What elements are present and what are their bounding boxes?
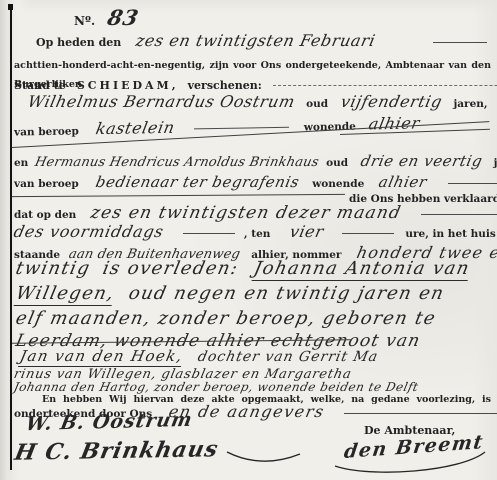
signature1-row: W. B. Oostrum	[26, 409, 193, 435]
death-time-row: des voormiddags , ten vier ure, in het h…	[14, 222, 496, 241]
dat-op-den-label: dat op den	[14, 209, 76, 221]
deceased-age-row: Willegen, oud negen en twintig jaren en	[16, 283, 445, 306]
fill-line	[448, 181, 497, 184]
declarant2-profession: bedienaar ter begrafenis	[94, 173, 301, 191]
fill-line	[421, 212, 497, 215]
en-label: en	[14, 157, 28, 169]
oud-label: oud	[306, 98, 328, 110]
declarant2-age: drie en veertig	[359, 152, 484, 170]
city-name: SCHIEDAM,	[77, 79, 179, 92]
signature2-row: H C. Brinkhaus	[15, 436, 219, 466]
signature-flourish	[225, 448, 305, 468]
deceased-age: oud negen en twintig jaren en	[127, 283, 447, 304]
declarant1-profession: kastelein	[94, 118, 176, 138]
fill-line	[194, 125, 289, 130]
death-date: zes en twintigsten dezer maand	[89, 203, 403, 223]
fill-line	[183, 231, 235, 234]
declarant1-signature: W. B. Oostrum	[24, 409, 195, 435]
declarant2-name-row: en Hermanus Hendricus Arnoldus Brinkhaus…	[14, 151, 497, 170]
number-label: Nº.	[74, 14, 95, 28]
declarant2-signature: H C. Brinkhaus	[12, 436, 220, 466]
fill-line	[273, 83, 497, 86]
house-number-b: twintig	[14, 258, 93, 279]
is-overleden-label: is overleden:	[101, 258, 241, 279]
op-heden-label: Op heden den	[36, 36, 121, 49]
death-certificate-scan: Nº. 83 Op heden den zes en twintigsten F…	[0, 0, 497, 480]
certificate-number-row: Nº. 83	[74, 5, 139, 30]
rule-line	[12, 194, 345, 197]
deceased-age-row2: elf maanden, zonder beroep, geboren te	[16, 308, 436, 329]
certificate-number: 83	[106, 5, 142, 30]
death-hour: vier	[287, 222, 325, 241]
declarant2-name: Hermanus Hendricus Arnoldus Brinkhaus	[34, 155, 321, 170]
fill-line	[342, 231, 394, 234]
deceased-name-part2: Willegen,	[14, 283, 117, 306]
declarant1-name: Wilhelmus Bernardus Oostrum	[26, 92, 297, 111]
declarant1-name-row: Wilhelmus Bernardus Oostrum oud vijfende…	[28, 92, 488, 111]
official-signature-flourish	[330, 448, 490, 478]
oud-label: oud	[326, 157, 348, 169]
declarant1-residence: alhier	[367, 113, 421, 133]
beroep-label: van beroep	[14, 178, 79, 190]
beroep-label: van beroep	[14, 125, 79, 138]
fill-line	[433, 40, 487, 43]
handwritten-date: zes en twintigsten Februari	[134, 31, 377, 50]
stand-te-label: Stand te	[14, 79, 66, 92]
verschenen-label: verschenen:	[188, 79, 262, 92]
deceased-age2: elf maanden, zonder beroep, geboren te	[14, 308, 438, 329]
city-row: Stand te SCHIEDAM, verschenen:	[14, 74, 497, 93]
time-of-day: des voormiddags	[12, 222, 166, 241]
death-date-row: dat op den zes en twintigsten dezer maan…	[14, 203, 497, 223]
jaren-label: jaren,	[453, 98, 487, 110]
ten-label: , ten	[244, 228, 270, 240]
date-row: Op heden den zes en twintigsten Februari	[36, 31, 487, 50]
fill-line	[344, 411, 497, 414]
overleden-row: twintig is overleden: Johanna Antonia va…	[16, 258, 470, 281]
declarant1-age: vijfendertig	[339, 92, 444, 111]
deceased-name-part1: Johanna Antonia van	[251, 258, 471, 281]
ure-label: ure, in het huis	[405, 228, 495, 240]
